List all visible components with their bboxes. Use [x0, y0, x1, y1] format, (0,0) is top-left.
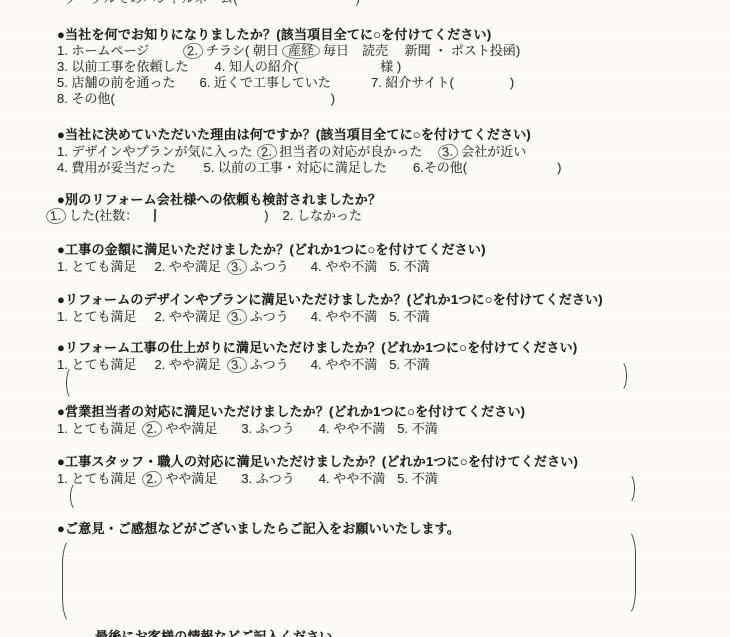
- option-storefront: 5. 店舗の前を通った: [57, 75, 175, 90]
- option-neutral: ふつう: [250, 357, 289, 372]
- q-sales-header: ●営業担当者の対応に満足いただけましたか？(どれか1つに○を付けてください): [57, 403, 525, 420]
- option-reason-other-close: ): [557, 160, 561, 175]
- option-somewhat-satisfied: やや満足: [165, 421, 217, 436]
- circle-annotation-did: 1.: [45, 207, 66, 225]
- option-referral-site: 7. 紹介サイト(: [371, 75, 454, 90]
- q-staff-header: ●工事スタッフ・職人の対応に満足いただけましたか？(どれか1つに○を付けてくださ…: [57, 453, 578, 470]
- circle-annotation-finish: 3.: [226, 356, 247, 374]
- q-source-header: ●当社を何でお知りになりましたか？(該当項目全てに○を付けてください): [57, 26, 491, 43]
- circle-annotation-staff-satisfaction: 2.: [142, 470, 163, 488]
- q-finish-options: 1. とても満足2. やや満足3.ふつう4. やや不満5. 不満: [57, 356, 430, 373]
- option-referral-close: 様 ): [380, 59, 401, 74]
- q-comments-header: ●ご意見・ご感想などがございましたらご記入をお願いいたします。: [57, 520, 460, 537]
- answer-paren-left-staff: [70, 482, 84, 511]
- option-very-satisfied: 1. とても満足: [57, 471, 136, 486]
- option-very-satisfied: 1. とても満足: [57, 259, 136, 274]
- option-neutral: 3. ふつう: [241, 471, 294, 486]
- option-somewhat-dissatisfied: 4. やや不満: [311, 309, 377, 324]
- option-very-satisfied: 1. とても満足: [57, 421, 136, 436]
- comment-area-paren-left: [62, 538, 81, 624]
- option-neutral: ふつう: [250, 259, 289, 274]
- comment-area-paren-right: [617, 529, 636, 616]
- q-considered-header: ●別のリフォーム会社様への依頼も検討されましたか？: [57, 191, 381, 208]
- option-somewhat-dissatisfied: 4. やや不満: [311, 259, 377, 274]
- circle-annotation-price: 3.: [226, 258, 247, 276]
- option-neutral: 3. ふつう: [241, 421, 294, 436]
- q-price-options: 1. とても満足2. やや満足3.ふつう4. やや不満5. 不満: [57, 258, 430, 275]
- q-source-options-row3: 5. 店舗の前を通った6. 近くで工事していた7. 紹介サイト(): [57, 74, 514, 91]
- q-source-options-row4: 8. その他(): [57, 90, 335, 107]
- q-finish-header: ●リフォーム工事の仕上がりに満足いただけましたか？(どれか1つに○を付けてくださ…: [57, 339, 577, 356]
- q-reason-header: ●当社に決めていただいた理由は何ですか？(該当項目全てに○を付けてください): [57, 126, 531, 143]
- option-past-satisfaction: 5. 以前の工事・対応に満足した: [203, 160, 386, 175]
- option-reason-other: 6.その他(: [413, 160, 467, 175]
- q-price-header: ●工事の金額に満足いただけましたか？(どれか1つに○を付けてください): [57, 241, 486, 258]
- option-dissatisfied: 5. 不満: [397, 421, 437, 436]
- option-very-satisfied: 1. とても満足: [57, 309, 136, 324]
- q-source-options-row2: 3. 以前工事を依頼した4. 知人の紹介(様 ): [57, 58, 401, 75]
- option-homepage: 1. ホームページ: [57, 43, 149, 58]
- option-somewhat-dissatisfied: 4. やや不満: [319, 471, 385, 486]
- q-reason-options-row2: 4. 費用が妥当だった5. 以前の工事・対応に満足した6.その他(): [57, 159, 561, 176]
- q-staff-options: 1. とても満足2.やや満足3. ふつう4. やや不満5. 不満: [57, 470, 438, 487]
- option-other-close: ): [331, 91, 335, 106]
- q-sales-options: 1. とても満足2.やや満足3. ふつう4. やや不満5. 不満: [57, 420, 438, 437]
- answer-paren-right-staff: [621, 473, 635, 504]
- bottom-partial-line: 最後にお客様の情報などご記入ください: [95, 628, 333, 637]
- option-neutral: ふつう: [250, 309, 289, 324]
- option-did-consider: した(社数：: [69, 208, 138, 223]
- q-source-options-row1: 1. ホームページ2.チラシ( 朝日産経毎日 読売 新聞 ・ ポスト投函): [57, 42, 520, 59]
- option-dissatisfied: 5. 不満: [397, 471, 437, 486]
- option-nearby-work: 6. 近くで工事していた: [199, 75, 330, 90]
- q-considered-options: 1.した(社数：)2. しなかった: [44, 207, 362, 224]
- option-good-staff: 担当者の対応が良かった: [279, 144, 422, 159]
- handle-name-label: グーグルでのハンドルネーム(: [65, 0, 238, 6]
- circle-annotation-sales: 2.: [142, 420, 163, 438]
- q-reason-options-row1: 1. デザインやプランが気に入った2.担当者の対応が良かった3.会社が近い: [57, 143, 526, 160]
- answer-paren-right-finish: [613, 360, 627, 392]
- option-somewhat-dissatisfied: 4. やや不満: [319, 421, 385, 436]
- handle-name-close-paren: ): [356, 0, 360, 6]
- option-somewhat-dissatisfied: 4. やや不満: [311, 357, 377, 372]
- comment-writing-area: [84, 538, 614, 622]
- q-design-header: ●リフォームのデザインやプランに満足いただけましたか？(どれか1つに○を付けてく…: [57, 291, 603, 308]
- option-flyer-papers: 毎日 読売 新聞 ・ ポスト投函): [323, 43, 520, 58]
- q-design-options: 1. とても満足2. やや満足3.ふつう4. やや不満5. 不満: [57, 308, 430, 325]
- option-did-not-consider: 2. しなかった: [283, 208, 362, 223]
- option-somewhat-satisfied: 2. やや満足: [154, 259, 220, 274]
- circle-annotation-design: 3.: [226, 308, 247, 326]
- option-somewhat-satisfied: 2. やや満足: [154, 357, 220, 372]
- option-somewhat-satisfied: やや満足: [165, 471, 217, 486]
- option-referral-site-close: ): [510, 75, 514, 90]
- scanned-survey-page: グーグルでのハンドルネーム() ●当社を何でお知りになりましたか？(該当項目全て…: [0, 0, 730, 637]
- option-dissatisfied: 5. 不満: [389, 259, 429, 274]
- option-company-near: 会社が近い: [461, 144, 526, 159]
- option-other: 8. その他(: [57, 91, 115, 106]
- option-previous-work: 3. 以前工事を依頼した: [57, 59, 188, 74]
- option-flyer: チラシ( 朝日: [206, 43, 279, 58]
- top-partial-line: グーグルでのハンドルネーム(): [65, 0, 360, 7]
- option-dissatisfied: 5. 不満: [389, 309, 429, 324]
- option-liked-design: 1. デザインやプランが気に入った: [57, 144, 253, 159]
- option-somewhat-satisfied: 2. やや満足: [154, 309, 220, 324]
- answer-paren-left-finish: [66, 366, 80, 400]
- option-dissatisfied: 5. 不満: [389, 357, 429, 372]
- option-fair-cost: 4. 費用が妥当だった: [57, 160, 175, 175]
- option-referral: 4. 知人の紹介(: [214, 59, 298, 74]
